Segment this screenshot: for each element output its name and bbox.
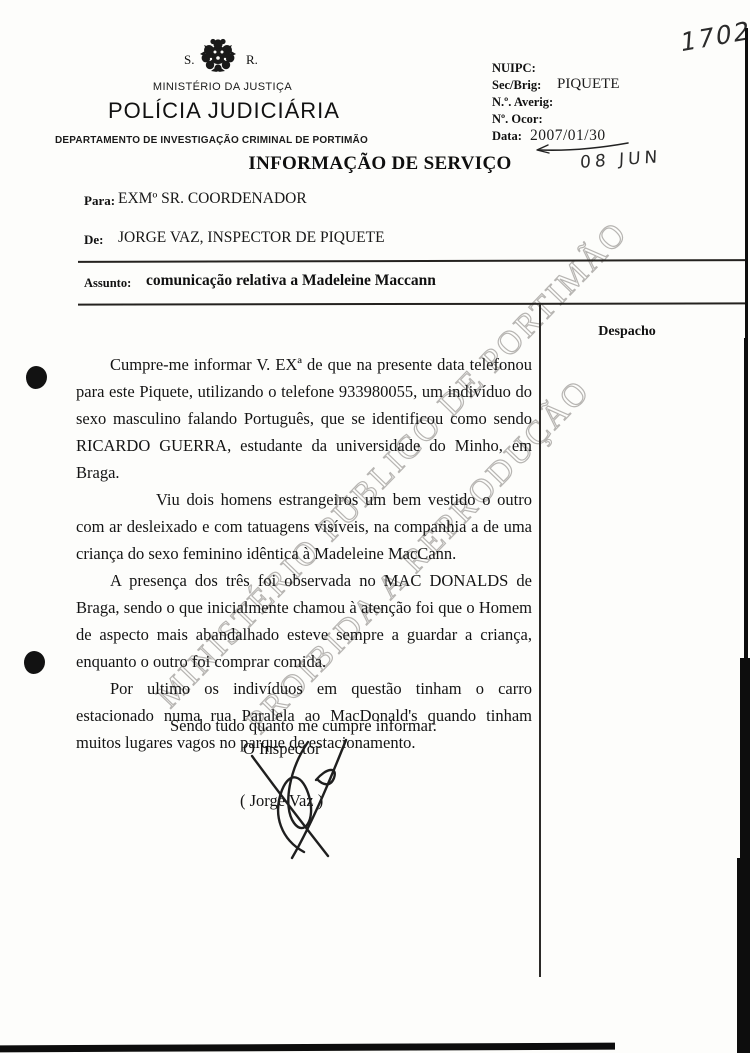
page-title: INFORMAÇÃO DE SERVIÇO [240, 153, 520, 175]
data-label: Data: [492, 129, 522, 144]
despacho-label: Despacho [567, 324, 687, 340]
assunto-value: comunicação relativa a Madeleine Maccann [146, 272, 436, 290]
scan-edge-right-1 [745, 28, 748, 338]
de-value: JORGE VAZ, INSPECTOR DE PIQUETE [118, 229, 385, 247]
scan-edge-right-3 [740, 658, 750, 858]
horizontal-rule-top [78, 259, 748, 262]
crest-letter-r: R. [246, 52, 258, 68]
crest-letter-s: S. [184, 52, 194, 68]
ministry-name: MINISTÉRIO DA JUSTIÇA [130, 81, 315, 93]
handwritten-date-note: 08 JUN [580, 147, 662, 173]
scanned-document-page: MINISTÉRIO PÚBLICO DE PORTIMÃO PROIBIDA … [0, 0, 750, 1053]
averig-label: N.º. Averig: [492, 95, 553, 110]
hole-punch-top [26, 366, 47, 389]
assunto-label: Assunto: [84, 276, 131, 291]
para-value: EXMº SR. COORDENADOR [118, 190, 307, 208]
handwritten-page-number: 1702 [680, 15, 750, 57]
paragraph-3: A presença dos três foi observada no MAC… [76, 567, 532, 675]
body-text: Cumpre-me informar V. EXª de que na pres… [76, 351, 532, 756]
sec-brig-label: Sec/Brig: [492, 78, 541, 93]
despacho-divider [539, 304, 541, 977]
hole-punch-bottom [24, 651, 45, 674]
sec-brig-value: PIQUETE [557, 76, 620, 93]
paragraph-2: Viu dois homens estrangeiros um bem vest… [76, 486, 532, 567]
horizontal-rule-subject [78, 302, 748, 305]
scan-edge-right-2 [744, 338, 748, 658]
para-label: Para: [84, 193, 115, 209]
signature-scribble [230, 728, 380, 863]
department-name: DEPARTAMENTO DE INVESTIGAÇÃO CRIMINAL DE… [55, 135, 360, 146]
agency-name: POLÍCIA JUDICIÁRIA [108, 98, 338, 124]
coat-of-arms-icon [196, 37, 240, 75]
ocor-label: Nº. Ocor: [492, 112, 543, 127]
nuipc-label: NUIPC: [492, 61, 536, 76]
scan-edge-bottom [0, 1043, 615, 1053]
scan-edge-right-4 [737, 858, 750, 1053]
de-label: De: [84, 232, 104, 248]
paragraph-1: Cumpre-me informar V. EXª de que na pres… [76, 351, 532, 486]
